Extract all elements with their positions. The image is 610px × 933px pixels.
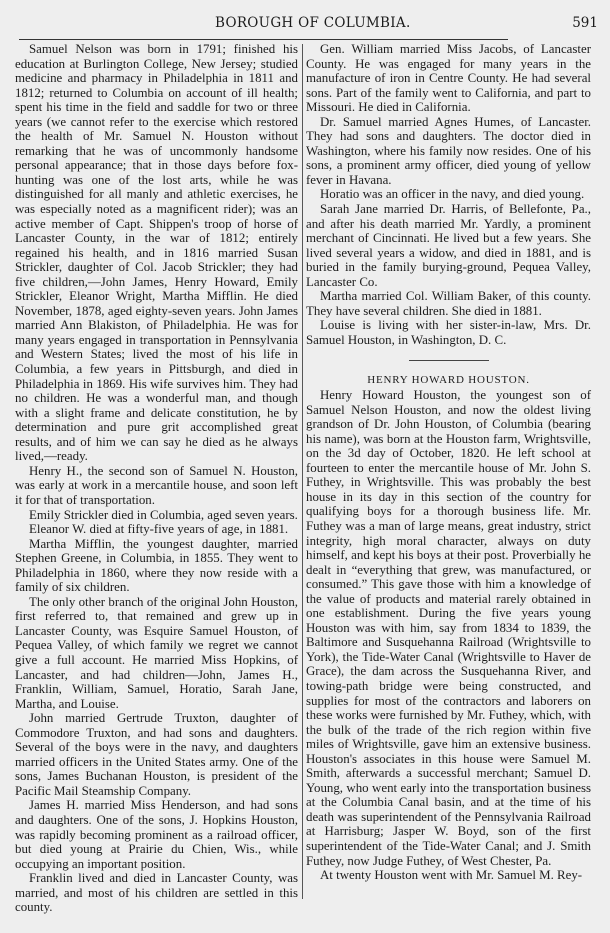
right-column: Gen. William married Miss Jacobs, of Lan… — [306, 42, 591, 883]
running-head: BOROUGH OF COLUMBIA. 591 — [0, 15, 610, 33]
paragraph-emily: Emily Strickler died in Columbia, aged s… — [15, 508, 298, 523]
paragraph-gen-william: Gen. William married Miss Jacobs, of Lan… — [306, 42, 591, 115]
paragraph-eleanor: Eleanor W. died at fifty-five years of a… — [15, 522, 298, 537]
column-divider — [302, 44, 303, 899]
paragraph-sarah-jane: Sarah Jane married Dr. Harris, of Bellef… — [306, 202, 591, 289]
paragraph-horatio: Horatio was an officer in the navy, and … — [306, 187, 591, 202]
paragraph-henry-h: Henry H., the second son of Samuel N. Ho… — [15, 464, 298, 508]
paragraph-franklin: Franklin lived and died in Lancaster Cou… — [15, 871, 298, 915]
page-number: 591 — [572, 15, 598, 31]
paragraph-samuel-nelson: Samuel Nelson was born in 1791; finished… — [15, 42, 298, 464]
paragraph-louise: Louise is living with her sister-in-law,… — [306, 318, 591, 347]
paragraph-martha: Martha married Col. William Baker, of th… — [306, 289, 591, 318]
paragraph-james-h: James H. married Miss Henderson, and had… — [15, 798, 298, 871]
paragraph-martha-mifflin: Martha Mifflin, the youngest daughter, m… — [15, 537, 298, 595]
paragraph-other-branch: The only other branch of the original Jo… — [15, 595, 298, 711]
left-column: Samuel Nelson was born in 1791; finished… — [15, 42, 298, 915]
paragraph-dr-samuel: Dr. Samuel married Agnes Humes, of Lanca… — [306, 115, 591, 188]
section-heading: HENRY HOWARD HOUSTON. — [306, 373, 591, 388]
paragraph-at-twenty: At twenty Houston went with Mr. Samuel M… — [306, 868, 591, 883]
book-page: BOROUGH OF COLUMBIA. 591 Samuel Nelson w… — [0, 0, 610, 933]
paragraph-henry-howard-houston: Henry Howard Houston, the youngest son o… — [306, 388, 591, 868]
section-rule — [409, 360, 489, 361]
paragraph-john: John married Gertrude Truxton, daughter … — [15, 711, 298, 798]
header-rule — [19, 39, 508, 40]
running-title: BOROUGH OF COLUMBIA. — [215, 15, 411, 31]
